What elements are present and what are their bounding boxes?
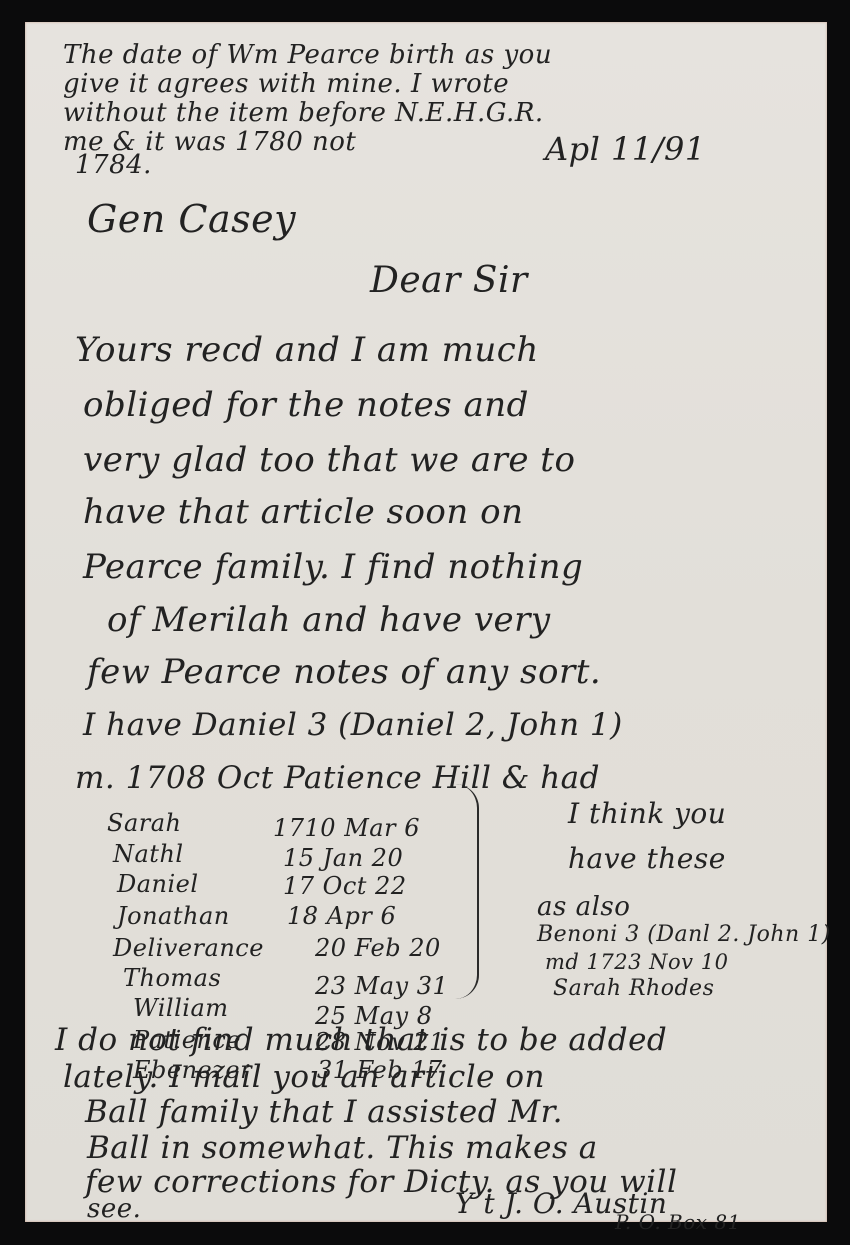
greeting: Dear Sir xyxy=(370,260,528,301)
child-date: 15 Jan 20 xyxy=(283,844,403,872)
body-line: very glad too that we are to xyxy=(83,440,575,480)
closing-line: see. xyxy=(87,1194,141,1224)
side-note-line: have these xyxy=(568,842,726,875)
body-line: m. 1708 Oct Patience Hill & had xyxy=(75,760,600,796)
recipient-name: Gen Casey xyxy=(87,197,296,241)
closing-line: Ball family that I assisted Mr. xyxy=(85,1094,563,1130)
body-line: Yours recd and I am much xyxy=(75,330,539,370)
child-name: Jonathan xyxy=(117,902,230,930)
signature-address: P. O. Box 81 xyxy=(615,1210,741,1234)
body-line: obliged for the notes and xyxy=(83,385,529,425)
body-line: few Pearce notes of any sort. xyxy=(87,652,601,692)
postscript-line: without the item before N.E.H.G.R. xyxy=(63,98,544,128)
closing-line: lately. I mail you an article on xyxy=(63,1059,545,1095)
body-line: have that article soon on xyxy=(83,492,523,532)
benoni-line: Sarah Rhodes xyxy=(553,976,714,1001)
child-date: 1710 Mar 6 xyxy=(273,814,420,842)
closing-line: Ball in somewhat. This makes a xyxy=(87,1130,598,1166)
child-date: 17 Oct 22 xyxy=(283,872,407,900)
benoni-line: Benoni 3 (Danl 2. John 1) xyxy=(537,922,831,947)
side-note-line: as also xyxy=(537,892,630,922)
child-date: 20 Feb 20 xyxy=(315,934,441,962)
body-line: of Merilah and have very xyxy=(107,600,551,640)
closing-line: I do not find much that is to be added xyxy=(55,1022,667,1058)
benoni-line: md 1723 Nov 10 xyxy=(545,950,728,974)
child-date: 18 Apr 6 xyxy=(287,902,396,930)
child-name: Deliverance xyxy=(113,934,264,962)
postscript-line: give it agrees with mine. I wrote xyxy=(63,69,509,99)
body-line: I have Daniel 3 (Daniel 2, John 1) xyxy=(83,707,623,743)
child-name: Daniel xyxy=(117,870,199,898)
postscript-line: The date of Wm Pearce birth as you xyxy=(63,40,552,70)
letter-page: The date of Wm Pearce birth as you give … xyxy=(25,22,827,1222)
brace-divider xyxy=(455,784,479,999)
child-name: William xyxy=(133,994,229,1022)
letter-date: Apl 11/91 xyxy=(545,130,706,168)
child-name: Sarah xyxy=(107,809,182,837)
child-name: Nathl xyxy=(113,840,184,868)
child-name: Thomas xyxy=(123,964,221,992)
side-note-line: I think you xyxy=(568,797,726,830)
postscript-line: 1784. xyxy=(75,150,152,180)
body-line: Pearce family. I find nothing xyxy=(83,547,583,587)
child-date: 23 May 31 xyxy=(315,972,448,1000)
